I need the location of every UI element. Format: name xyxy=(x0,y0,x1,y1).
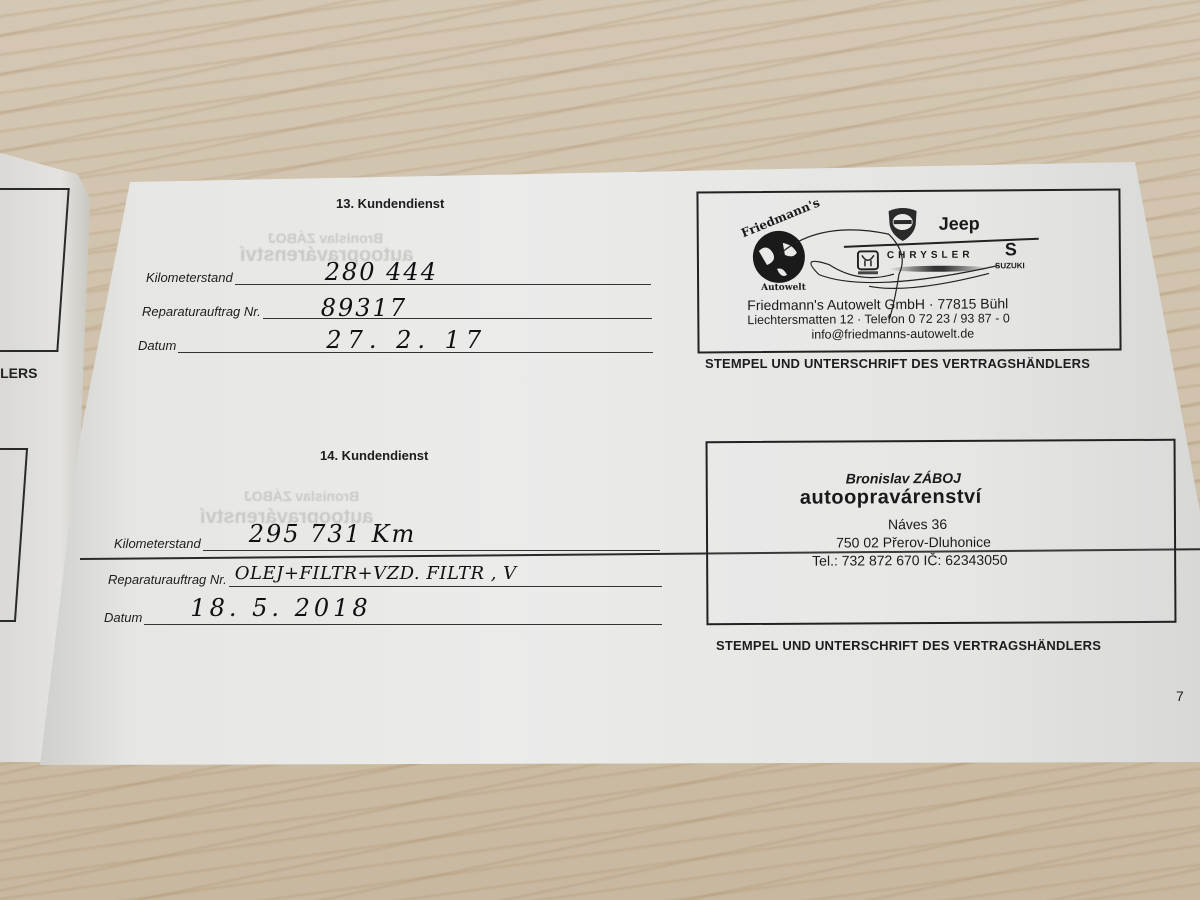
field-label: Kilometerstand xyxy=(114,536,203,551)
field-kilometerstand: Kilometerstand 295 731 Km xyxy=(114,528,660,551)
handwritten-value: 295 731 Km xyxy=(249,520,417,548)
field-label: Reparaturauftrag Nr. xyxy=(108,572,229,587)
ghost-stamp: Bronislav ZÁBOJ xyxy=(244,488,359,504)
handwritten-value: OLEJ+FILTR+VZD. FILTR , V xyxy=(235,563,517,584)
dealer-stamp-box: Bronislav ZÁBOJ autoopravárenství Náves … xyxy=(706,439,1177,625)
field-datum: Datum 18. 5. 2018 xyxy=(104,602,662,625)
service-entry-14: 14. Kundendienst Bronislav ZÁBOJ autoopr… xyxy=(0,150,1200,765)
handwritten-value: 18. 5. 2018 xyxy=(190,594,371,622)
service-booklet: DLERS 13. Kundendienst Bronislav ZÁBOJ a… xyxy=(0,150,1200,765)
field-label: Datum xyxy=(104,610,144,625)
field-value-line[interactable]: 18. 5. 2018 xyxy=(144,602,662,625)
field-reparaturauftrag: Reparaturauftrag Nr. OLEJ+FILTR+VZD. FIL… xyxy=(108,564,662,587)
service-title: 14. Kundendienst xyxy=(320,448,428,463)
dealer-owner-name: Bronislav ZÁBOJ xyxy=(846,470,961,487)
dealer-city: 750 02 Přerov-Dluhonice xyxy=(836,534,991,551)
page-number: 7 xyxy=(1176,688,1184,704)
field-value-line[interactable]: 295 731 Km xyxy=(203,528,660,551)
dealer-business-type: autoopravárenství xyxy=(800,486,982,510)
stamp-caption: STEMPEL UND UNTERSCHRIFT DES VERTRAGSHÄN… xyxy=(716,638,1101,653)
dealer-street: Náves 36 xyxy=(888,516,947,532)
dealer-phone-ic: Tel.: 732 872 670 IČ: 62343050 xyxy=(812,552,1007,569)
field-value-line[interactable]: OLEJ+FILTR+VZD. FILTR , V xyxy=(229,564,662,587)
